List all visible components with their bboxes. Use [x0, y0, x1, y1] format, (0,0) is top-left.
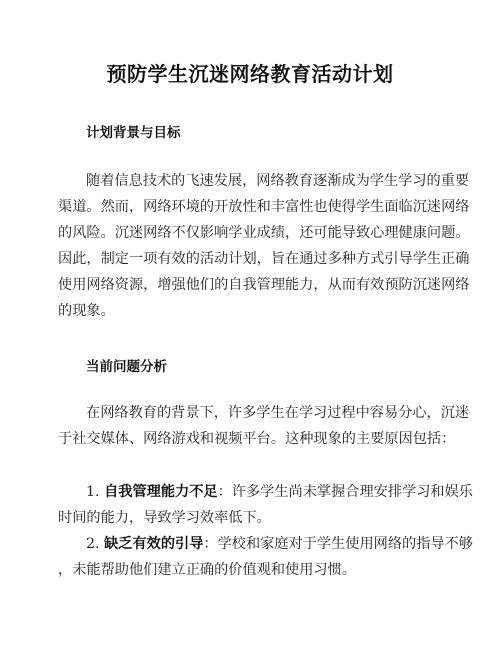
section-paragraph-background: 随着信息技术的飞速发展，网络教育逐渐成为学生学习的重要 渠道。然而，网络环境的开…	[58, 168, 450, 324]
paragraph-line: 使用网络资源，增强他们的自我管理能力，从而有效预防沉迷网络	[58, 272, 450, 298]
paragraph-line: 因此，制定一项有效的活动计划，旨在通过多种方式引导学生正确	[58, 246, 450, 272]
paragraph-line: 在网络教育的背景下，许多学生在学习过程中容易分心，沉迷	[58, 400, 450, 426]
paragraph-line: 的风险。沉迷网络不仅影响学业成绩，还可能导致心理健康问题。	[58, 220, 450, 246]
reasons-list: 1. 自我管理能力不足：许多学生尚未掌握合理安排学习和娱乐 时间的能力，导致学习…	[58, 479, 450, 583]
list-item-text: ：许多学生尚未掌握合理安排学习和娱乐	[218, 484, 473, 500]
section-paragraph-analysis: 在网络教育的背景下，许多学生在学习过程中容易分心，沉迷 于社交媒体、网络游戏和视…	[58, 400, 450, 452]
list-number: 1.	[86, 484, 100, 500]
paragraph-line: 随着信息技术的飞速发展，网络教育逐渐成为学生学习的重要	[58, 168, 450, 194]
list-item-1-line1: 1. 自我管理能力不足：许多学生尚未掌握合理安排学习和娱乐	[58, 479, 450, 505]
list-item-1-line2: 时间的能力，导致学习效率低下。	[58, 505, 450, 531]
list-item-2-line2: ，未能帮助他们建立正确的价值观和使用习惯。	[58, 557, 450, 583]
list-item-label: 自我管理能力不足	[104, 484, 218, 500]
paragraph-line: 的现象。	[58, 298, 450, 324]
list-number: 2.	[86, 536, 100, 552]
paragraph-line: 于社交媒体、网络游戏和视频平台。这种现象的主要原因包括：	[58, 426, 450, 452]
paragraph-line: 渠道。然而，网络环境的开放性和丰富性也使得学生面临沉迷网络	[58, 194, 450, 220]
document-page: 预防学生沉迷网络教育活动计划 计划背景与目标 随着信息技术的飞速发展，网络教育逐…	[0, 0, 500, 647]
section-heading-background: 计划背景与目标	[86, 121, 181, 141]
list-item-text: ：学校和家庭对于学生使用网络的指导不够	[203, 536, 473, 552]
list-item-2-line1: 2. 缺乏有效的引导：学校和家庭对于学生使用网络的指导不够	[58, 531, 450, 557]
section-heading-analysis: 当前问题分析	[86, 355, 167, 375]
document-title: 预防学生沉迷网络教育活动计划	[0, 58, 500, 87]
list-item-label: 缺乏有效的引导	[104, 536, 203, 552]
